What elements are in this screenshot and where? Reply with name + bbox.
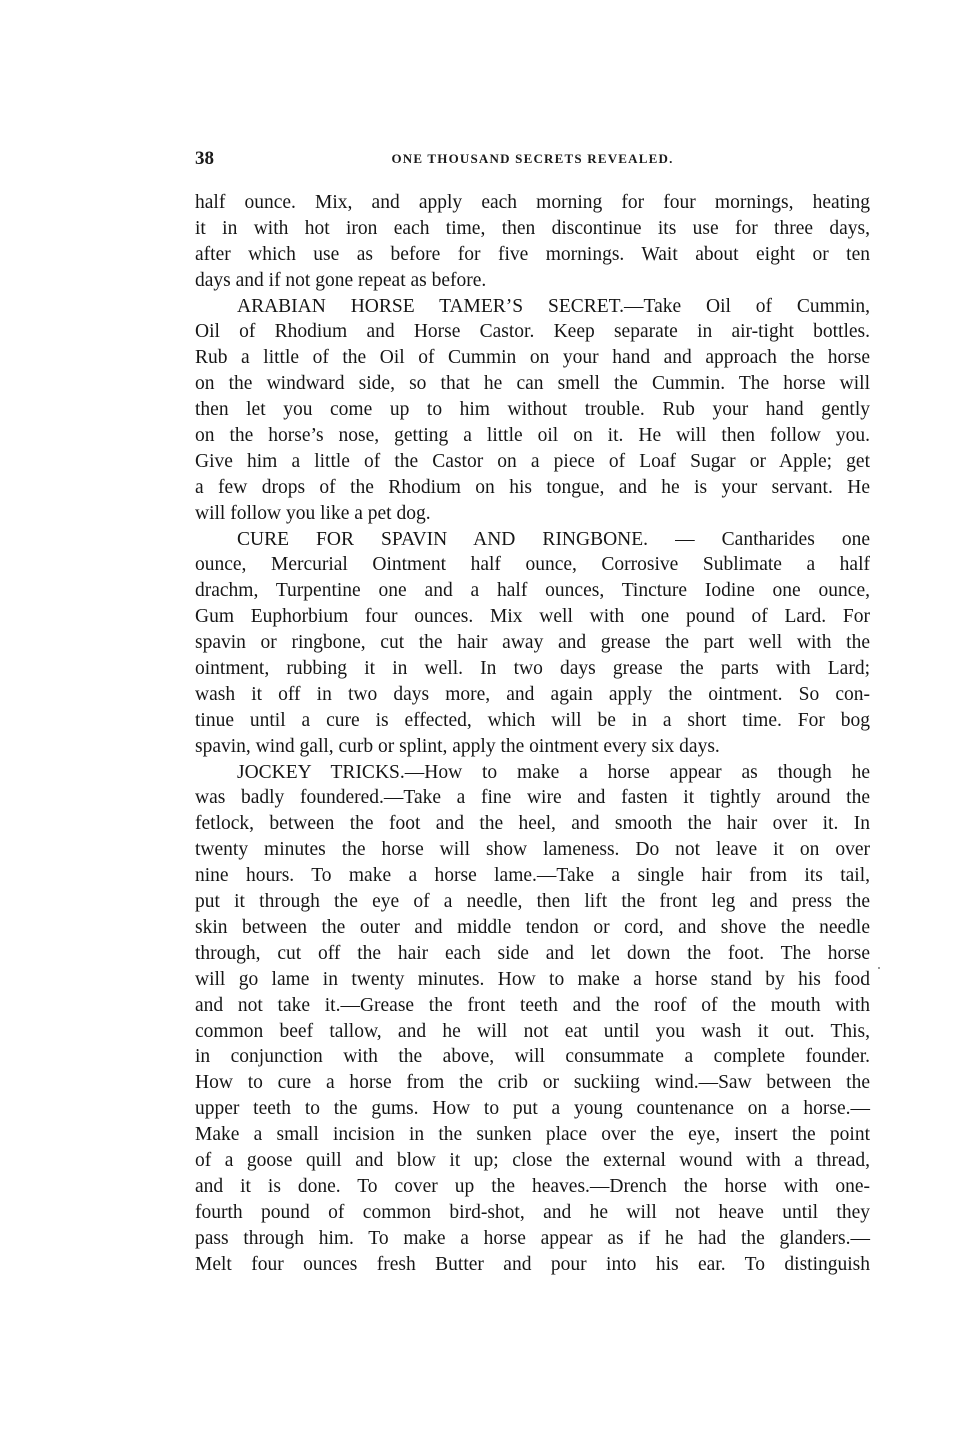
text-line: days and if not gone repeat as before. (195, 268, 870, 294)
text-line: CURE FOR SPAVIN AND RINGBONE. — Canthari… (195, 527, 870, 553)
book-page: 38 ONE THOUSAND SECRETS REVEALED. half o… (0, 0, 967, 1447)
text-line: ounce, Mercurial Ointment half ounce, Co… (195, 552, 870, 578)
text-line: pass through him. To make a horse appear… (195, 1226, 870, 1252)
text-line: after which use as before for five morni… (195, 242, 870, 268)
text-line: and not take it.—Grease the front teeth … (195, 993, 870, 1019)
text-line: How to cure a horse from the crib or suc… (195, 1070, 870, 1096)
text-line: Rub a little of the Oil of Cummin on you… (195, 345, 870, 371)
text-line: drachm, Turpentine one and a half ounces… (195, 578, 870, 604)
text-line: common beef tallow, and he will not eat … (195, 1019, 870, 1045)
text-line: upper teeth to the gums. How to put a yo… (195, 1096, 870, 1122)
text-line: on the horse’s nose, getting a little oi… (195, 423, 870, 449)
text-line: Make a small incision in the sunken plac… (195, 1122, 870, 1148)
text-line: and it is done. To cover up the heaves.—… (195, 1174, 870, 1200)
text-line: ointment, rubbing it in well. In two day… (195, 656, 870, 682)
text-line: ARABIAN HORSE TAMER’S SECRET.—Take Oil o… (195, 294, 870, 320)
running-title: ONE THOUSAND SECRETS REVEALED. (195, 151, 870, 167)
text-line: Melt four ounces fresh Butter and pour i… (195, 1252, 870, 1278)
text-line: of a goose quill and blow it up; close t… (195, 1148, 870, 1174)
text-line: half ounce. Mix, and apply each morning … (195, 190, 870, 216)
text-line: nine hours. To make a horse lame.—Take a… (195, 863, 870, 889)
text-line: twenty minutes the horse will show lamen… (195, 837, 870, 863)
text-line: tinue until a cure is effected, which wi… (195, 708, 870, 734)
text-line: JOCKEY TRICKS.—How to make a horse appea… (195, 760, 870, 786)
text-line: spavin, wind gall, curb or splint, apply… (195, 734, 870, 760)
text-line: skin between the outer and middle tendon… (195, 915, 870, 941)
text-line: spavin or ringbone, cut the hair away an… (195, 630, 870, 656)
text-line: a few drops of the Rhodium on his tongue… (195, 475, 870, 501)
text-line: was badly foundered.—Take a fine wire an… (195, 785, 870, 811)
text-line: will go lame in twenty minutes. How to m… (195, 967, 870, 993)
text-line: through, cut off the hair each side and … (195, 941, 870, 967)
text-line: in conjunction with the above, will cons… (195, 1044, 870, 1070)
text-line: Oil of Rhodium and Horse Castor. Keep se… (195, 319, 870, 345)
text-line: wash it off in two days more, and again … (195, 682, 870, 708)
scan-speck (878, 967, 880, 969)
text-line: will follow you like a pet dog. (195, 501, 870, 527)
body-text: half ounce. Mix, and apply each morning … (195, 190, 870, 1277)
page-header: 38 ONE THOUSAND SECRETS REVEALED. (195, 148, 870, 172)
text-line: fetlock, between the foot and the heel, … (195, 811, 870, 837)
text-line: on the windward side, so that he can sme… (195, 371, 870, 397)
text-line: put it through the eye of a needle, then… (195, 889, 870, 915)
text-line: Gum Euphorbium four ounces. Mix well wit… (195, 604, 870, 630)
text-line: then let you come up to him without trou… (195, 397, 870, 423)
text-line: it in with hot iron each time, then disc… (195, 216, 870, 242)
text-line: Give him a little of the Castor on a pie… (195, 449, 870, 475)
text-line: fourth pound of common bird-shot, and he… (195, 1200, 870, 1226)
